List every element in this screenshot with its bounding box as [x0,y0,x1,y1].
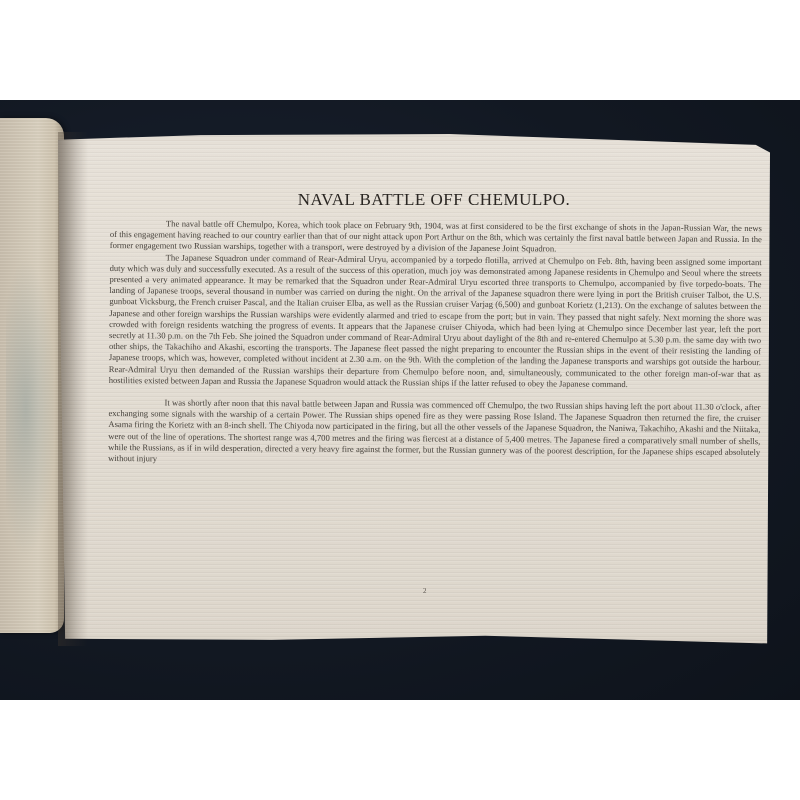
paragraph-2: The Japanese Squadron under command of R… [109,252,762,392]
page-body: The naval battle off Chemulpo, Korea, wh… [108,218,762,469]
left-page-edge [0,118,64,633]
page-number: 2 [423,587,427,595]
left-page-faded-illustration [6,258,56,558]
paragraph-3: It was shortly after noon that this nava… [108,397,761,469]
paragraph-1: The naval battle off Chemulpo, Korea, wh… [110,218,762,257]
page-title: NAVAL BATTLE OFF CHEMULPO. [78,190,790,210]
book-page: NAVAL BATTLE OFF CHEMULPO. The naval bat… [58,132,770,646]
